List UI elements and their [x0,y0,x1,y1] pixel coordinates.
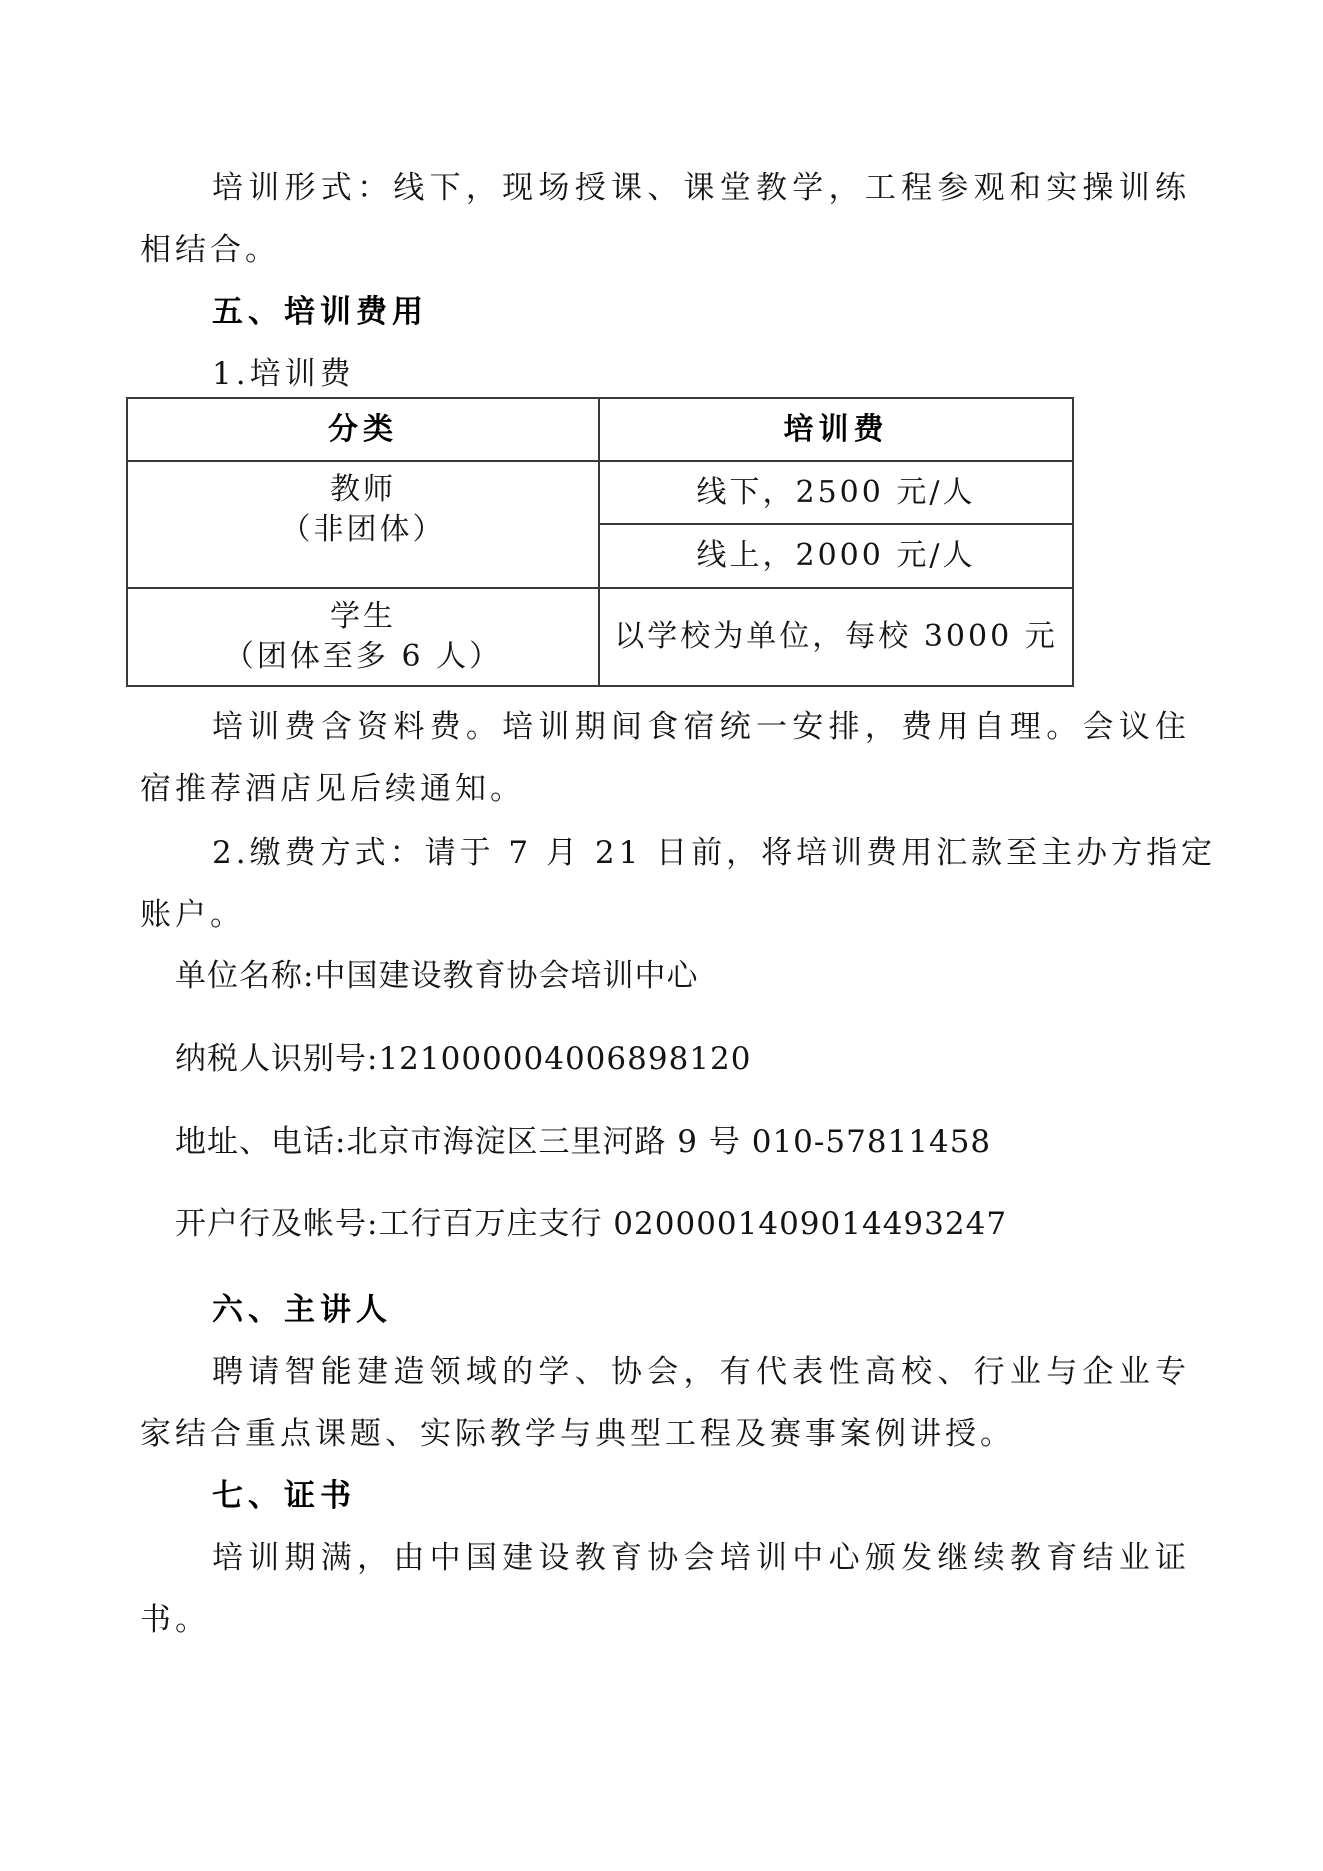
payment-method-line-2: 账户。 [140,895,245,935]
training-format-line-1: 培训形式：线下，现场授课、课堂教学，工程参观和实操训练 [212,168,1190,208]
table-header-row: 分类 培训费 [127,398,1073,461]
certificate-line-1: 培训期满，由中国建设教育协会培训中心颁发继续教育结业证 [212,1538,1190,1578]
table-row: 教师 （非团体） 线下，2500 元/人 [127,461,1073,524]
fee-student: 以学校为单位，每校 3000 元 [599,588,1073,686]
header-category: 分类 [127,398,599,461]
fee-teacher-offline: 线下，2500 元/人 [599,461,1073,524]
fee-note-line-1: 培训费含资料费。培训期间食宿统一安排，费用自理。会议住 [212,707,1190,747]
fee-note-line-2: 宿推荐酒店见后续通知。 [140,769,525,809]
lecturer-line-1: 聘请智能建造领域的学、协会，有代表性高校、行业与企业专 [212,1352,1190,1392]
category-teacher: 教师 （非团体） [127,461,599,588]
training-format-line-2: 相结合。 [140,230,280,270]
header-fee: 培训费 [599,398,1073,461]
payment-method-line-1: 2.缴费方式：请于 7 月 21 日前，将培训费用汇款至主办方指定 [212,833,1190,873]
training-fee-subtitle: 1.培训费 [212,354,355,394]
section-5-heading: 五、培训费用 [212,292,428,332]
account-unit-name: 单位名称:中国建设教育协会培训中心 [175,956,698,996]
fee-teacher-online: 线上，2000 元/人 [599,524,1073,588]
category-teacher-label: 教师 [128,470,598,510]
fee-table: 分类 培训费 教师 （非团体） 线下，2500 元/人 线上，2000 元/人 … [126,397,1074,687]
lecturer-line-2: 家结合重点课题、实际教学与典型工程及赛事案例讲授。 [140,1414,1015,1454]
section-7-heading: 七、证书 [212,1476,356,1516]
category-teacher-note: （非团体） [128,510,598,550]
account-address-phone: 地址、电话:北京市海淀区三里河路 9 号 010-57811458 [175,1122,991,1162]
account-tax-id: 纳税人识别号:121000004006898120 [175,1039,751,1079]
section-6-heading: 六、主讲人 [212,1290,392,1330]
category-student-label: 学生 [128,597,598,637]
document-page: 培训形式：线下，现场授课、课堂教学，工程参观和实操训练 相结合。 五、培训费用 … [0,0,1323,1871]
table-row: 学生 （团体至多 6 人） 以学校为单位，每校 3000 元 [127,588,1073,686]
category-student: 学生 （团体至多 6 人） [127,588,599,686]
category-student-note: （团体至多 6 人） [128,637,598,677]
certificate-line-2: 书。 [140,1600,210,1640]
account-bank: 开户行及帐号:工行百万庄支行 0200001409014493247 [175,1204,1007,1244]
